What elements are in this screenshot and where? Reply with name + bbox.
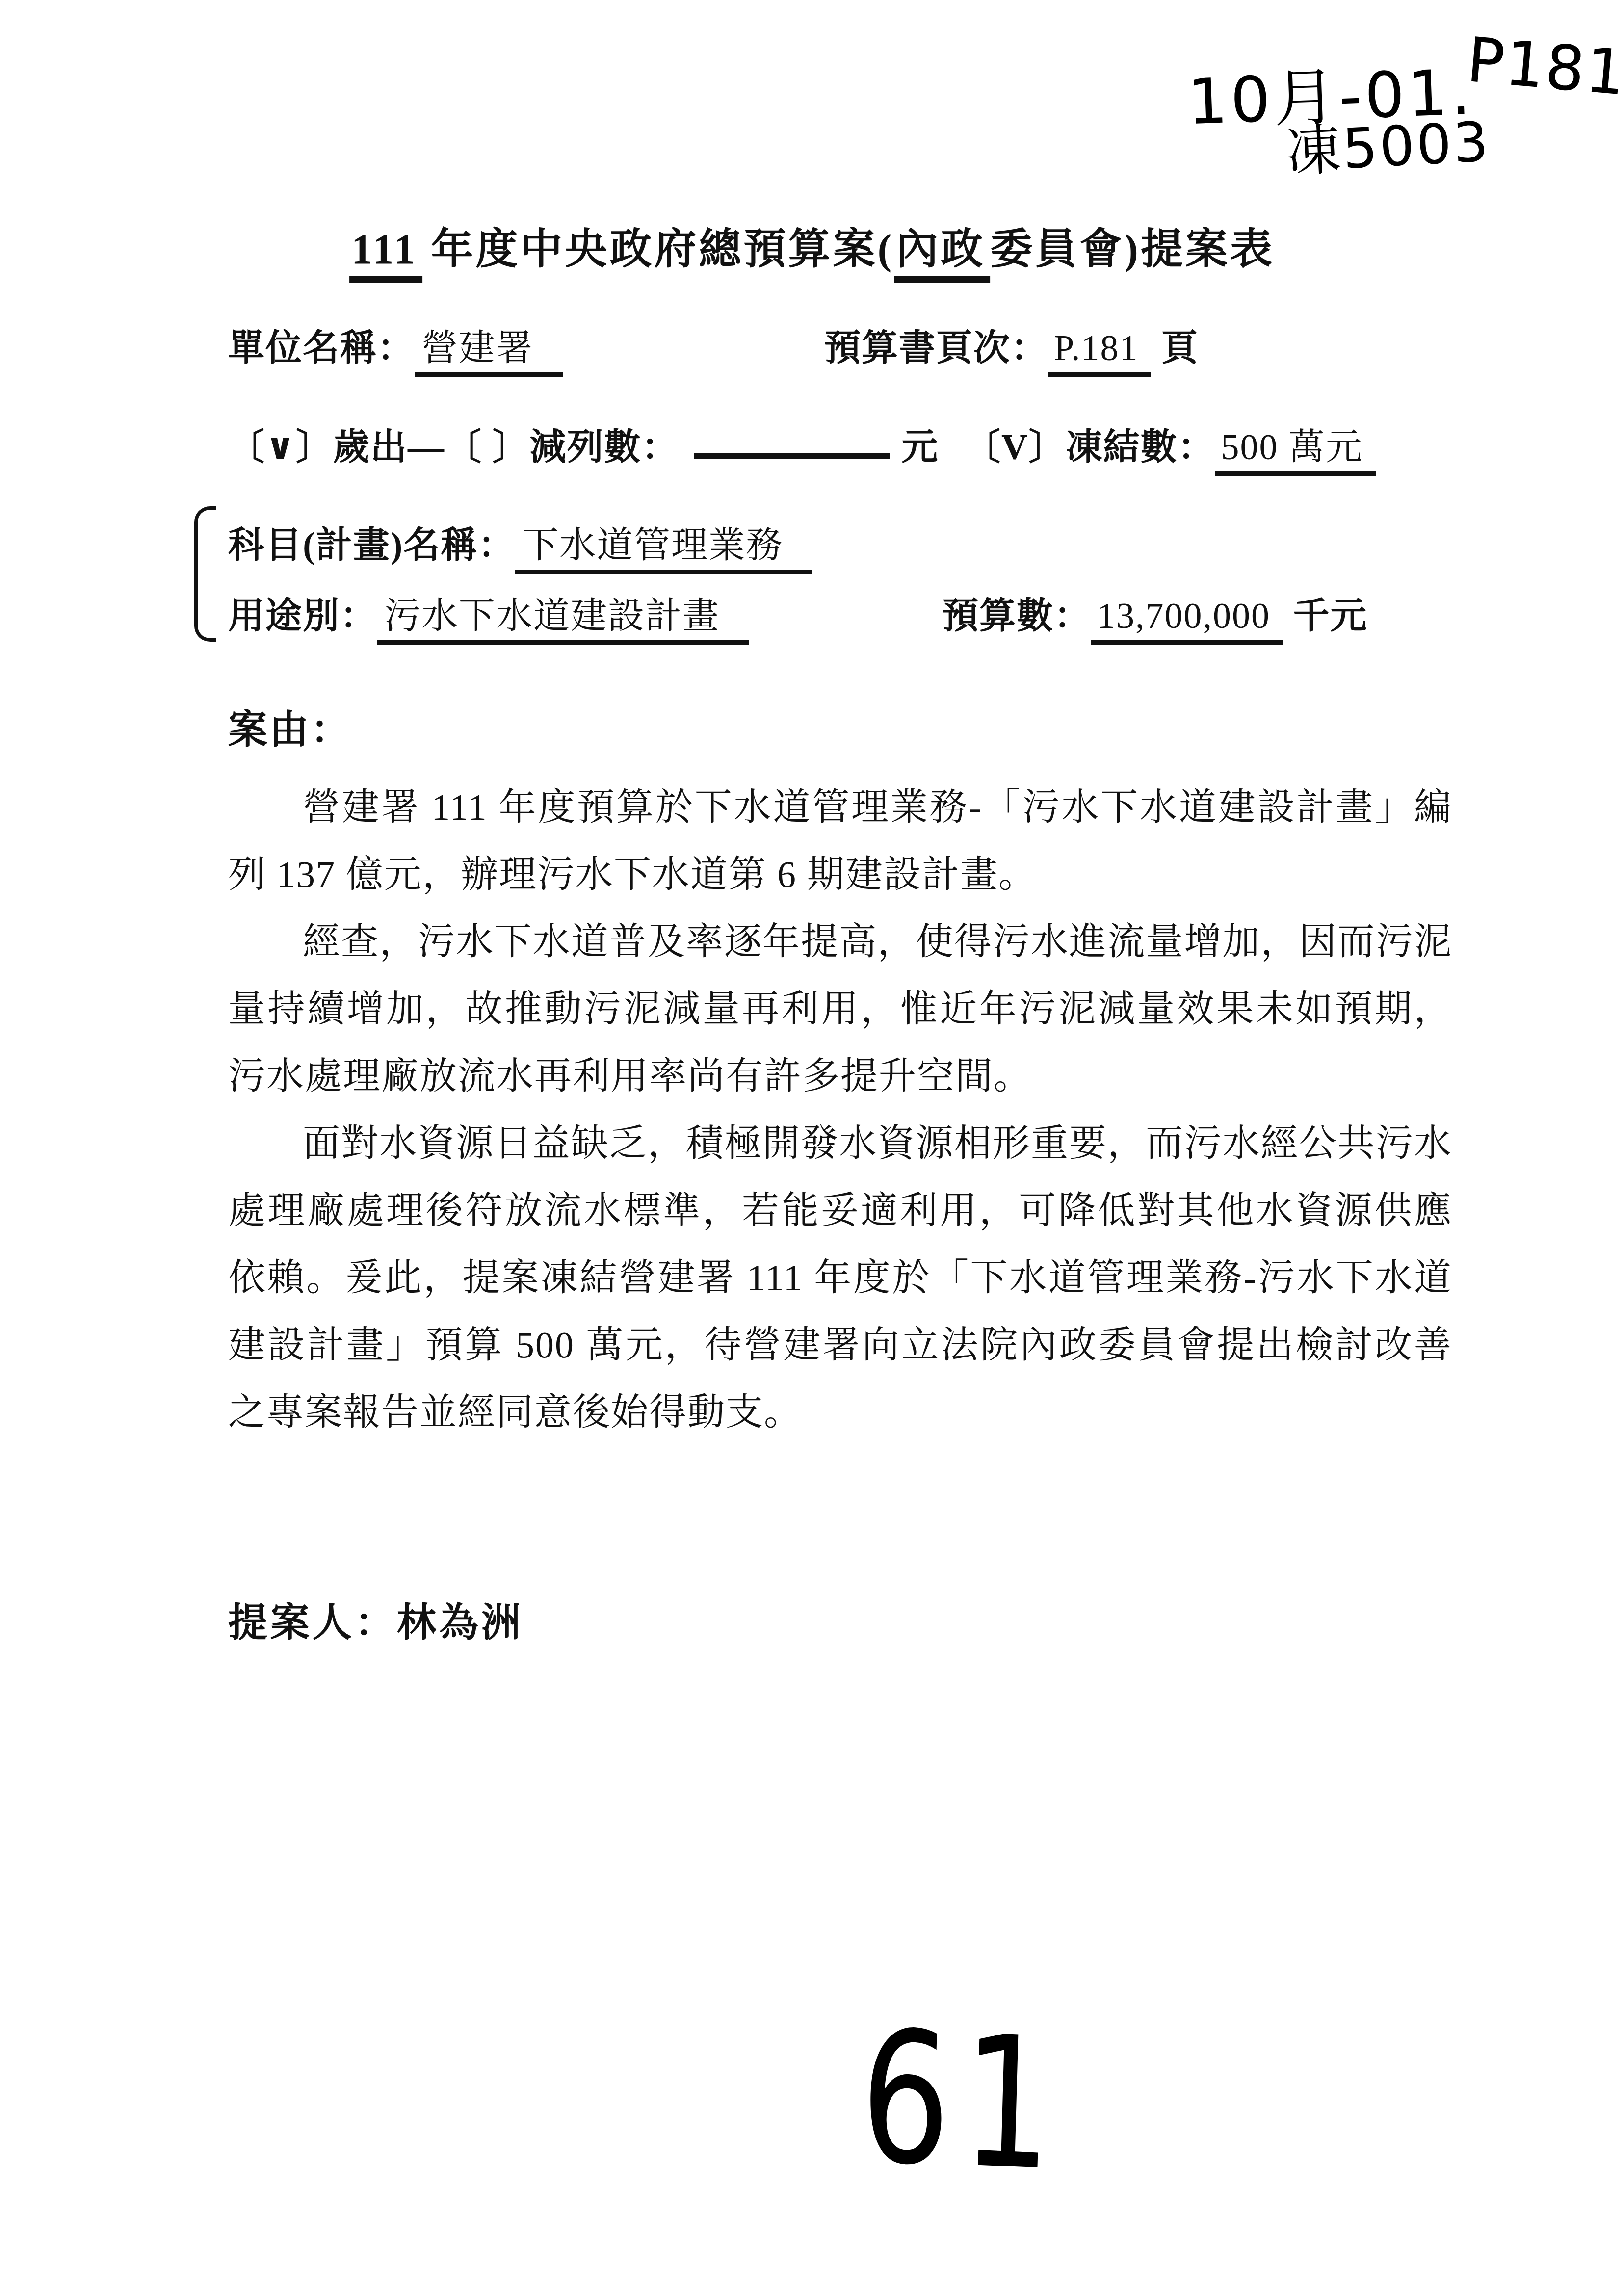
subject-value: 下水道管理業務 [515,525,812,574]
budget-page-suffix: 頁 [1161,328,1199,368]
handwritten-page-number: 61 [858,1992,1066,2212]
amount-row: 〔∨〕歲出—〔 〕減列數：元 〔V〕凍結數：500 萬元 [228,418,939,470]
dash-mark: — [408,427,445,468]
use-row: 用途別：污水下水道建設計畫 預算數：13,700,000 千元 [228,587,749,639]
use-label: 用途別： [228,596,377,636]
subject-row: 科目(計畫)名稱：下水道管理業務 [228,516,812,568]
case-heading: 案由： [228,698,352,754]
case-paragraph-3: 面對水資源日益缺乏，積極開發水資源相形重要，而污水經公共污水處理廠處理後符放流水… [228,1110,1452,1446]
cut-amount-blank [694,422,890,459]
budget-unit: 千元 [1293,596,1368,636]
document-title: 111年度中央政府總預算案(內政委員會)提案表 [349,215,1275,276]
title-part2: 委員會)提案表 [990,226,1275,273]
proposer-line: 提案人：林為洲 [228,1591,524,1647]
unit-row: 單位名稱：營建署 預算書頁次：P.181 頁 [228,319,563,371]
budget-page-label: 預算書頁次： [824,328,1048,368]
left-bracket-mark [194,506,216,642]
budget-group: 預算數：13,700,000 千元 [942,587,1368,639]
budget-value: 13,700,000 [1091,596,1283,645]
cut-unit: 元 [902,427,939,468]
title-year: 111 [349,226,422,283]
subject-label: 科目(計畫)名稱： [228,525,515,566]
freeze-checkbox: 〔V〕 [964,427,1066,468]
freeze-value: 500 萬元 [1215,427,1376,476]
use-value: 污水下水道建設計畫 [377,596,749,645]
title-part1: 年度中央政府總預算案( [431,226,894,273]
unit-value: 營建署 [415,328,563,377]
budget-label: 預算數： [942,596,1091,636]
freeze-group: 〔V〕凍結數：500 萬元 [964,418,1376,470]
handwritten-case-number: 凍5003 [1283,98,1492,187]
case-paragraph-2: 經查，污水下水道普及率逐年提高，使得污水進流量增加，因而污泥量持續增加，故推動污… [228,909,1452,1110]
title-committee: 內政 [894,226,990,283]
handwritten-page-ref: P181 [1464,24,1624,109]
case-paragraph-1: 營建署 111 年度預算於下水道管理業務-「污水下水道建設計畫」編列 137 億… [228,774,1452,909]
cut-checkbox: 〔 〕 [445,427,530,468]
budget-page-value: P.181 [1048,328,1151,377]
freeze-label: 凍結數： [1066,427,1215,468]
expenditure-checkbox: 〔∨〕 [228,427,333,468]
scanned-document-page: 10月-01. P181 凍5003 111年度中央政府總預算案(內政委員會)提… [0,0,1624,2296]
expenditure-label: 歲出 [333,427,408,468]
case-body: 營建署 111 年度預算於下水道管理業務-「污水下水道建設計畫」編列 137 億… [228,774,1452,1446]
budget-page-group: 預算書頁次：P.181 頁 [824,319,1199,371]
cut-label: 減列數： [530,427,679,468]
unit-label: 單位名稱： [228,328,415,368]
